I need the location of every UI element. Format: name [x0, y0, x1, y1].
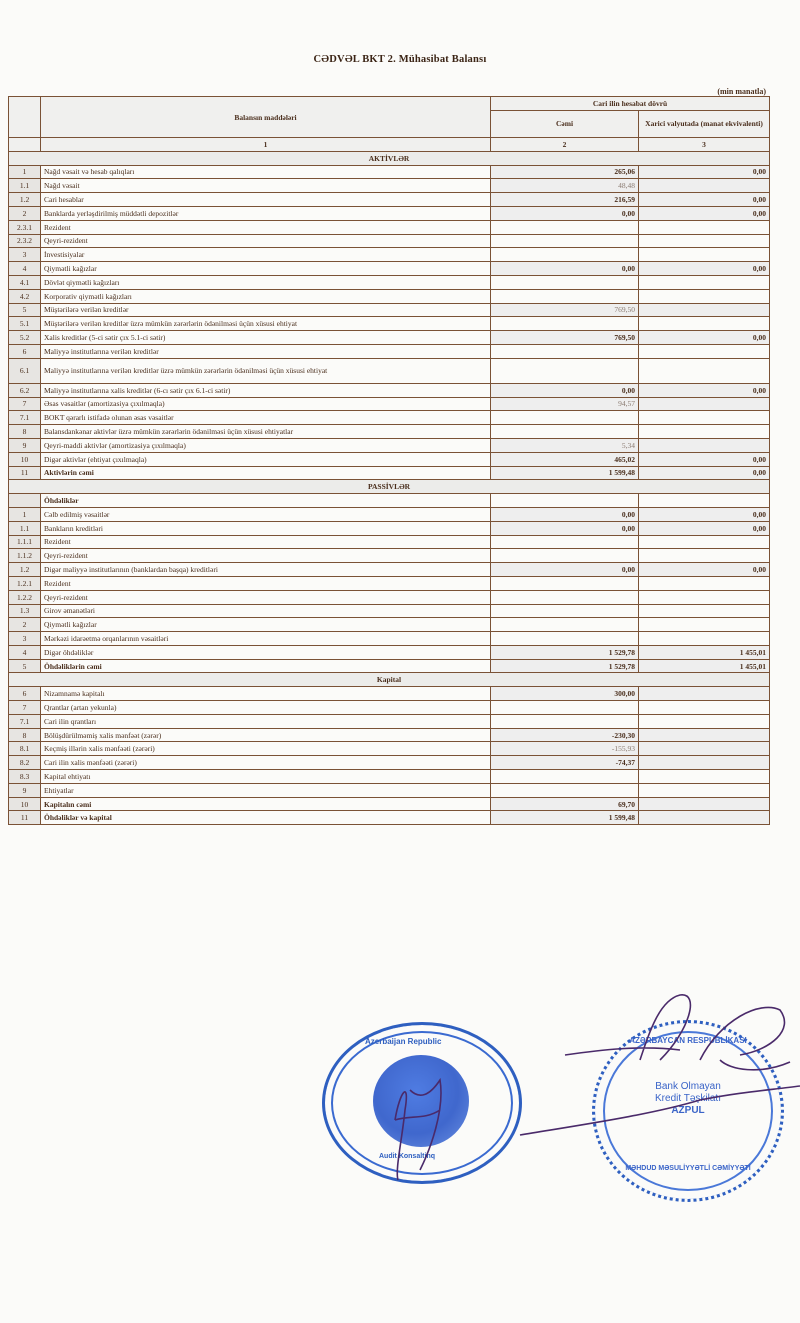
row-total-value: 0,00	[491, 521, 639, 535]
row-foreign-value: 0,00	[639, 521, 770, 535]
auditor-stamp-bottom: Audit Konsaltinq	[379, 1153, 435, 1160]
header-foreign: Xarici valyutada (manat ekvivalenti)	[639, 110, 770, 137]
row-foreign-value: 1 455,01	[639, 659, 770, 673]
row-label: Cari ilin xalis mənfəəti (zərəri)	[41, 756, 491, 770]
subsection-header: Öhdəliklər	[9, 494, 770, 508]
table-row: 6Maliyyə institutlarına verilən kreditlə…	[9, 344, 770, 358]
row-code: 5	[9, 303, 41, 317]
row-foreign-value	[639, 535, 770, 549]
row-code: 9	[9, 783, 41, 797]
row-code: 10	[9, 797, 41, 811]
table-row: 1.3Girov əmanətləri	[9, 604, 770, 618]
row-code: 1.3	[9, 604, 41, 618]
row-foreign-value	[639, 687, 770, 701]
row-label: Qeyri-maddi aktivlər (amortizasiya çıxıl…	[41, 438, 491, 452]
section-title: PASSİVLƏR	[9, 480, 770, 494]
company-stamp: AZƏRBAYCAN RESPUBLİKASI Bank Olmayan Kre…	[592, 1020, 784, 1202]
row-foreign-value	[639, 590, 770, 604]
row-total-value: 94,57	[491, 397, 639, 411]
row-label: Əsas vəsaitlər (amortizasiya çıxılmaqla)	[41, 397, 491, 411]
row-code: 9	[9, 438, 41, 452]
row-foreign-value	[639, 549, 770, 563]
row-total-value: 1 599,48	[491, 811, 639, 825]
row-total-value: 5,34	[491, 438, 639, 452]
row-code: 2.3.2	[9, 234, 41, 248]
table-row: 6.2Maliyyə institutlarına xalis kreditlə…	[9, 383, 770, 397]
row-foreign-value	[639, 425, 770, 439]
row-code: 8.1	[9, 742, 41, 756]
row-label: İnvestisiyalar	[41, 248, 491, 262]
row-code: 8	[9, 728, 41, 742]
row-foreign-value	[639, 756, 770, 770]
row-label: Maliyyə institutlarına xalis kreditlər (…	[41, 383, 491, 397]
row-total-value: 0,00	[491, 563, 639, 577]
row-code: 11	[9, 811, 41, 825]
table-row: 7.1BOKT qərarlı istifadə olunan əsas vəs…	[9, 411, 770, 425]
section-header: Kapital	[9, 673, 770, 687]
row-label: Öhdəliklər və kapital	[41, 811, 491, 825]
row-foreign-value	[639, 248, 770, 262]
row-foreign-value: 0,00	[639, 452, 770, 466]
row-foreign-value: 0,00	[639, 383, 770, 397]
row-total-value	[491, 425, 639, 439]
row-total-value	[491, 289, 639, 303]
row-label: Müştərilərə verilən kreditlər üzrə mümkü…	[41, 317, 491, 331]
row-code: 5.2	[9, 331, 41, 345]
row-code: 2	[9, 618, 41, 632]
row-label: Digər aktivlər (ehtiyat çıxılmaqla)	[41, 452, 491, 466]
row-label: Mərkəzi idarəetmə orqanlarının vəsaitlər…	[41, 632, 491, 646]
table-row: 7.1Cari ilin qrantları	[9, 714, 770, 728]
row-total-value	[491, 632, 639, 646]
row-code: 7.1	[9, 714, 41, 728]
row-label: Digər maliyyə institutlarının (banklarda…	[41, 563, 491, 577]
value-cell	[491, 494, 639, 508]
row-total-value	[491, 783, 639, 797]
row-label: Qiymətli kağızlar	[41, 262, 491, 276]
row-total-value: 465,02	[491, 452, 639, 466]
row-foreign-value	[639, 179, 770, 193]
row-label: Nizamnamə kapitalı	[41, 687, 491, 701]
company-stamp-line-3: AZPUL	[595, 1105, 781, 1117]
row-total-value: 0,00	[491, 383, 639, 397]
row-total-value	[491, 549, 639, 563]
row-label: Cari hesablar	[41, 193, 491, 207]
row-label: Cəlb edilmiş vəsaitlər	[41, 507, 491, 521]
row-code: 1.1.2	[9, 549, 41, 563]
table-row: 10Digər aktivlər (ehtiyat çıxılmaqla)465…	[9, 452, 770, 466]
table-row: 1.1.2Qeyri-rezident	[9, 549, 770, 563]
row-label: Banklarda yerləşdirilmiş müddətli depozi…	[41, 206, 491, 220]
header-items: Balansın maddələri	[41, 97, 491, 138]
row-total-value: 265,06	[491, 165, 639, 179]
table-row: 6Nizamnamə kapitalı300,00	[9, 687, 770, 701]
balance-sheet-table: Balansın maddələri Cari ilin hesabat döv…	[8, 96, 770, 825]
row-code: 8.3	[9, 770, 41, 784]
row-total-value	[491, 590, 639, 604]
table-row: 5.1Müştərilərə verilən kreditlər üzrə mü…	[9, 317, 770, 331]
row-foreign-value	[639, 303, 770, 317]
row-foreign-value	[639, 604, 770, 618]
row-total-value: 48,48	[491, 179, 639, 193]
row-label: BOKT qərarlı istifadə olunan əsas vəsait…	[41, 411, 491, 425]
row-label: Korporativ qiymətli kağızları	[41, 289, 491, 303]
row-total-value	[491, 234, 639, 248]
table-row: 6.1Maliyyə institutlarına verilən kredit…	[9, 358, 770, 383]
row-foreign-value	[639, 742, 770, 756]
table-row: 1.1Bankların kreditləri0,000,00	[9, 521, 770, 535]
row-foreign-value: 0,00	[639, 165, 770, 179]
row-foreign-value	[639, 275, 770, 289]
row-foreign-value	[639, 811, 770, 825]
row-code: 1	[9, 165, 41, 179]
row-code: 4	[9, 645, 41, 659]
row-foreign-value	[639, 632, 770, 646]
row-label: Qeyri-rezident	[41, 590, 491, 604]
row-total-value: 1 529,78	[491, 659, 639, 673]
table-row: 11Aktivlərin cəmi1 599,480,00	[9, 466, 770, 480]
row-label: Maliyyə institutlarına verilən kreditlər…	[41, 358, 491, 383]
table-row: 5Öhdəliklərin cəmi1 529,781 455,01	[9, 659, 770, 673]
row-code: 1.2	[9, 563, 41, 577]
table-row: 1Cəlb edilmiş vəsaitlər0,000,00	[9, 507, 770, 521]
header-total: Cəmi	[491, 110, 639, 137]
table-row: 1Nağd vəsait və hesab qalıqları265,060,0…	[9, 165, 770, 179]
table-row: 8.1Keçmiş illərin xalis mənfəəti (zərəri…	[9, 742, 770, 756]
row-label: Balansdankənar aktivlər üzrə mümkün zərə…	[41, 425, 491, 439]
table-row: 8Bölüşdürülməmiş xalis mənfəət (zərər)-2…	[9, 728, 770, 742]
table-row: 7Qrantlar (artan yekunla)	[9, 701, 770, 715]
row-total-value: 0,00	[491, 507, 639, 521]
row-total-value: 0,00	[491, 262, 639, 276]
row-total-value: -155,93	[491, 742, 639, 756]
row-total-value	[491, 714, 639, 728]
row-code: 3	[9, 248, 41, 262]
row-foreign-value: 0,00	[639, 331, 770, 345]
row-code: 6.2	[9, 383, 41, 397]
row-foreign-value	[639, 397, 770, 411]
row-foreign-value	[639, 728, 770, 742]
row-code: 10	[9, 452, 41, 466]
row-total-value	[491, 275, 639, 289]
table-row: 1.2Digər maliyyə institutlarının (bankla…	[9, 563, 770, 577]
row-code: 7	[9, 701, 41, 715]
table-row: 1.2.1Rezident	[9, 576, 770, 590]
row-foreign-value	[639, 234, 770, 248]
row-label: Qrantlar (artan yekunla)	[41, 701, 491, 715]
row-total-value: -74,37	[491, 756, 639, 770]
section-header: PASSİVLƏR	[9, 480, 770, 494]
row-total-value	[491, 344, 639, 358]
row-code: 8.2	[9, 756, 41, 770]
row-label: Bölüşdürülməmiş xalis mənfəət (zərər)	[41, 728, 491, 742]
row-total-value	[491, 220, 639, 234]
row-foreign-value	[639, 701, 770, 715]
row-label: Müştərilərə verilən kreditlər	[41, 303, 491, 317]
row-label: Dövlət qiymətli kağızları	[41, 275, 491, 289]
row-foreign-value: 1 455,01	[639, 645, 770, 659]
table-row: 8Balansdankənar aktivlər üzrə mümkün zər…	[9, 425, 770, 439]
row-total-value: 769,50	[491, 331, 639, 345]
row-foreign-value	[639, 618, 770, 632]
row-code: 3	[9, 632, 41, 646]
row-label: Digər öhdəliklər	[41, 645, 491, 659]
header-colnum-3: 3	[639, 138, 770, 152]
row-total-value: 769,50	[491, 303, 639, 317]
row-code: 1	[9, 507, 41, 521]
row-total-value: 300,00	[491, 687, 639, 701]
row-label: Nağd vəsait və hesab qalıqları	[41, 165, 491, 179]
row-code: 1.1	[9, 521, 41, 535]
row-total-value: 69,70	[491, 797, 639, 811]
table-body: AKTİVLƏR1Nağd vəsait və hesab qalıqları2…	[9, 151, 770, 824]
row-foreign-value	[639, 770, 770, 784]
row-foreign-value	[639, 576, 770, 590]
row-label: Kapital ehtiyatı	[41, 770, 491, 784]
row-label: Maliyyə institutlarına verilən kreditlər	[41, 344, 491, 358]
row-label: Cari ilin qrantları	[41, 714, 491, 728]
table-row: 2Qiymətli kağızlar	[9, 618, 770, 632]
row-foreign-value	[639, 438, 770, 452]
row-code: 6.1	[9, 358, 41, 383]
row-foreign-value	[639, 714, 770, 728]
row-label: Rezident	[41, 220, 491, 234]
table-row: 4.2Korporativ qiymətli kağızları	[9, 289, 770, 303]
table-row: 2Banklarda yerləşdirilmiş müddətli depoz…	[9, 206, 770, 220]
row-foreign-value: 0,00	[639, 206, 770, 220]
company-stamp-line-1: Bank Olmayan	[595, 1081, 781, 1093]
row-foreign-value: 0,00	[639, 193, 770, 207]
row-label: Nağd vəsait	[41, 179, 491, 193]
row-code: 1.1.1	[9, 535, 41, 549]
table-row: 5.2Xalis kreditlər (5-ci sətir çıx 5.1-c…	[9, 331, 770, 345]
table-row: 3Mərkəzi idarəetmə orqanlarının vəsaitlə…	[9, 632, 770, 646]
row-foreign-value: 0,00	[639, 563, 770, 577]
row-label: Ehtiyatlar	[41, 783, 491, 797]
row-foreign-value: 0,00	[639, 507, 770, 521]
row-code: 7	[9, 397, 41, 411]
header-colnum-2: 2	[491, 138, 639, 152]
row-foreign-value: 0,00	[639, 262, 770, 276]
row-total-value	[491, 604, 639, 618]
table-row: 8.2Cari ilin xalis mənfəəti (zərəri)-74,…	[9, 756, 770, 770]
row-label: Qeyri-rezident	[41, 549, 491, 563]
section-title: Kapital	[9, 673, 770, 687]
auditor-stamp: Azerbaijan Republic Audit Konsaltinq	[322, 1022, 522, 1184]
table-row: 7Əsas vəsaitlər (amortizasiya çıxılmaqla…	[9, 397, 770, 411]
header-colnum-0	[9, 138, 41, 152]
table-row: 9Qeyri-maddi aktivlər (amortizasiya çıxı…	[9, 438, 770, 452]
section-title: AKTİVLƏR	[9, 151, 770, 165]
table-row: 1.1.1Rezident	[9, 535, 770, 549]
row-code: 1.2.1	[9, 576, 41, 590]
row-label: Aktivlərin cəmi	[41, 466, 491, 480]
row-label: Keçmiş illərin xalis mənfəəti (zərəri)	[41, 742, 491, 756]
row-label: Rezident	[41, 576, 491, 590]
row-foreign-value: 0,00	[639, 466, 770, 480]
row-total-value: -230,30	[491, 728, 639, 742]
row-foreign-value	[639, 783, 770, 797]
row-label: Öhdəliklərin cəmi	[41, 659, 491, 673]
company-stamp-line-2: Kredit Təşkilatı	[595, 1093, 781, 1105]
table-row: 4Digər öhdəliklər1 529,781 455,01	[9, 645, 770, 659]
document-title: CƏDVƏL BKT 2. Mühasibat Balansı	[0, 54, 800, 65]
row-code: 6	[9, 687, 41, 701]
row-label: Kapitalın cəmi	[41, 797, 491, 811]
row-code: 8	[9, 425, 41, 439]
units-label: (min manatla)	[717, 87, 766, 96]
auditor-stamp-text: Azerbaijan Republic	[365, 1037, 441, 1046]
row-label: Rezident	[41, 535, 491, 549]
row-code: 5.1	[9, 317, 41, 331]
company-stamp-top: AZƏRBAYCAN RESPUBLİKASI	[595, 1035, 781, 1047]
row-foreign-value	[639, 344, 770, 358]
company-stamp-bottom: MƏHDUD MƏSULİYYƏTLİ CƏMİYYƏTİ	[595, 1163, 781, 1175]
header-code	[9, 97, 41, 138]
globe-icon	[373, 1055, 469, 1147]
row-code: 5	[9, 659, 41, 673]
row-total-value	[491, 535, 639, 549]
code-cell	[9, 494, 41, 508]
row-total-value	[491, 248, 639, 262]
header-colnum-1: 1	[41, 138, 491, 152]
row-code: 1.2.2	[9, 590, 41, 604]
table-row: 1.2Cari hesablar216,590,00	[9, 193, 770, 207]
table-row: 4Qiymətli kağızlar0,000,00	[9, 262, 770, 276]
row-foreign-value	[639, 411, 770, 425]
row-code: 2.3.1	[9, 220, 41, 234]
subsection-title: Öhdəliklər	[41, 494, 491, 508]
row-code: 1.1	[9, 179, 41, 193]
row-code: 4.2	[9, 289, 41, 303]
row-code: 4	[9, 262, 41, 276]
row-code: 1.2	[9, 193, 41, 207]
row-total-value	[491, 576, 639, 590]
row-label: Qiymətli kağızlar	[41, 618, 491, 632]
row-label: Girov əmanətləri	[41, 604, 491, 618]
table-row: 9Ehtiyatlar	[9, 783, 770, 797]
row-foreign-value	[639, 289, 770, 303]
row-code: 11	[9, 466, 41, 480]
row-foreign-value	[639, 797, 770, 811]
row-code: 7.1	[9, 411, 41, 425]
row-total-value: 216,59	[491, 193, 639, 207]
table-row: 2.3.2Qeyri-rezident	[9, 234, 770, 248]
row-total-value	[491, 701, 639, 715]
row-code: 2	[9, 206, 41, 220]
row-foreign-value	[639, 317, 770, 331]
row-total-value	[491, 770, 639, 784]
row-total-value: 0,00	[491, 206, 639, 220]
row-code: 4.1	[9, 275, 41, 289]
table-row: 4.1Dövlət qiymətli kağızları	[9, 275, 770, 289]
row-total-value	[491, 411, 639, 425]
row-total-value: 1 599,48	[491, 466, 639, 480]
section-header: AKTİVLƏR	[9, 151, 770, 165]
table-row: 8.3Kapital ehtiyatı	[9, 770, 770, 784]
table-row: 3İnvestisiyalar	[9, 248, 770, 262]
table-row: 1.2.2Qeyri-rezident	[9, 590, 770, 604]
row-code: 6	[9, 344, 41, 358]
table-row: 1.1Nağd vəsait48,48	[9, 179, 770, 193]
row-total-value	[491, 618, 639, 632]
value-cell	[639, 494, 770, 508]
row-total-value	[491, 317, 639, 331]
row-total-value: 1 529,78	[491, 645, 639, 659]
row-foreign-value	[639, 220, 770, 234]
row-total-value	[491, 358, 639, 383]
row-foreign-value	[639, 358, 770, 383]
row-label: Xalis kreditlər (5-ci sətir çıx 5.1-ci s…	[41, 331, 491, 345]
table-row: 2.3.1Rezident	[9, 220, 770, 234]
row-label: Qeyri-rezident	[41, 234, 491, 248]
header-period: Cari ilin hesabat dövrü	[491, 97, 770, 111]
table-row: 11Öhdəliklər və kapital1 599,48	[9, 811, 770, 825]
row-label: Bankların kreditləri	[41, 521, 491, 535]
table-row: 5Müştərilərə verilən kreditlər769,50	[9, 303, 770, 317]
table-row: 10Kapitalın cəmi69,70	[9, 797, 770, 811]
